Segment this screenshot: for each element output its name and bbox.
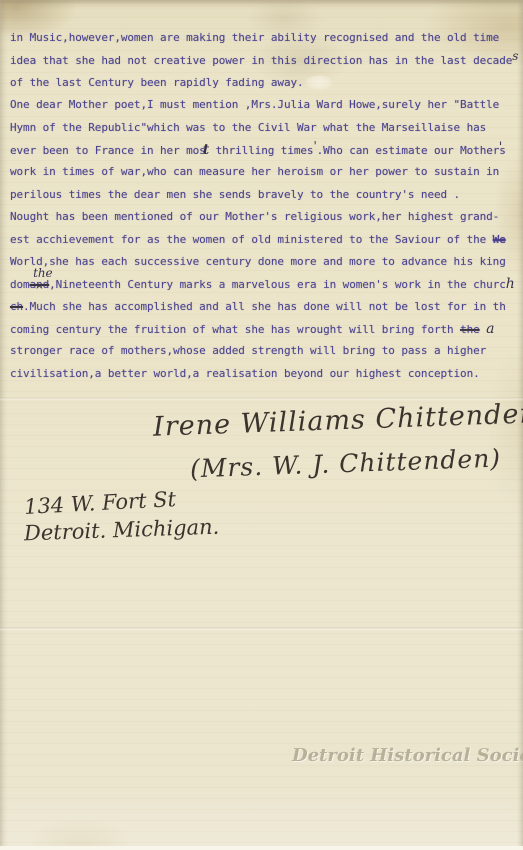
typed-line: in Music,however,women are making their … (10, 27, 522, 49)
typed-text-segment: idea that she had not creative power in … (10, 54, 512, 67)
typed-line: coming century the fruition of what she … (10, 318, 522, 340)
handwritten-correction: s (512, 49, 518, 63)
signature-name: Irene Williams Chittenden (153, 398, 523, 442)
typed-line: ever been to France in her most thrillin… (10, 139, 522, 161)
watermark-text: Detroit Historical Society (292, 745, 523, 766)
typed-text-segment: of the last Century been rapidly fading … (10, 76, 304, 89)
typed-text-segment: .Who can estimate our Mothers (317, 144, 506, 157)
typed-line: Nought has been mentioned of our Mother'… (10, 206, 522, 228)
typed-line: perilous times the dear men she sends br… (10, 184, 522, 206)
typed-text-segment: coming century the fruition of what she … (10, 323, 460, 336)
typed-line: of the last Century been rapidly fading … (10, 72, 522, 94)
typed-text-segment: .Much she has accomplished and all she h… (23, 300, 506, 313)
typed-line: stronger race of mothers,whose added str… (10, 340, 522, 362)
address-city: Detroit. Michigan. (24, 515, 220, 546)
typed-text-segment: Hymn of the Republic"which was to the Ci… (10, 121, 486, 134)
typed-text-segment: World,she has each successive century do… (10, 255, 506, 268)
typed-text-segment: work in times of war,who can measure her… (10, 165, 499, 178)
handwritten-correction: a (486, 321, 494, 337)
typed-line: work in times of war,who can measure her… (10, 161, 522, 183)
typed-text-segment: ,Nineteenth Century marks a marvelous er… (49, 278, 506, 291)
letter-page: in Music,however,women are making their … (0, 0, 523, 850)
handwritten-correction: h (506, 276, 515, 292)
fold-crease-upper (0, 397, 523, 401)
typed-text-segment: dom (10, 278, 30, 291)
typed-text-segment: civilisation,a better world,a realisatio… (10, 367, 480, 380)
scan-edge (0, 846, 523, 850)
typed-line: World,she has each successive century do… (10, 251, 522, 273)
typed-text-segment: thrilling times (209, 144, 313, 157)
typed-text-segment: stronger race of mothers,whose added str… (10, 344, 486, 357)
typed-text-segment: Nought has been mentioned of our Mother'… (10, 210, 499, 223)
typed-text-segment: One dear Mother poet,I must mention ,Mrs… (10, 98, 499, 111)
typed-text-block: in Music,however,women are making their … (10, 27, 522, 385)
signature-title: (Mrs. W. J. Chittenden) (190, 444, 502, 484)
typed-line: ch.Much she has accomplished and all she… (10, 296, 522, 318)
typed-text-segment: ever been to France in her mos (10, 144, 206, 157)
struck-out-text: We (493, 233, 506, 246)
typed-line: domandthe^,Nineteenth Century marks a ma… (10, 273, 522, 295)
typed-line: est acchievement for as the women of old… (10, 229, 522, 251)
fold-crease-lower (0, 627, 523, 631)
address-street: 134 W. Fort St (23, 487, 176, 519)
struck-out-text: the (460, 323, 480, 336)
typed-line: One dear Mother poet,I must mention ,Mrs… (10, 94, 522, 116)
typed-line: Hymn of the Republic"which was to the Ci… (10, 117, 522, 139)
handwritten-correction: ' (313, 139, 316, 153)
typed-text-segment: perilous times the dear men she sends br… (10, 188, 460, 201)
typed-line: civilisation,a better world,a realisatio… (10, 363, 522, 385)
typed-text-segment: est acchievement for as the women of old… (10, 233, 493, 246)
typed-line: idea that she had not creative power in … (10, 49, 522, 71)
typed-text-segment: in Music,however,women are making their … (10, 31, 499, 44)
whiteout-smudge (305, 75, 333, 90)
struck-out-text: ch (10, 300, 23, 313)
